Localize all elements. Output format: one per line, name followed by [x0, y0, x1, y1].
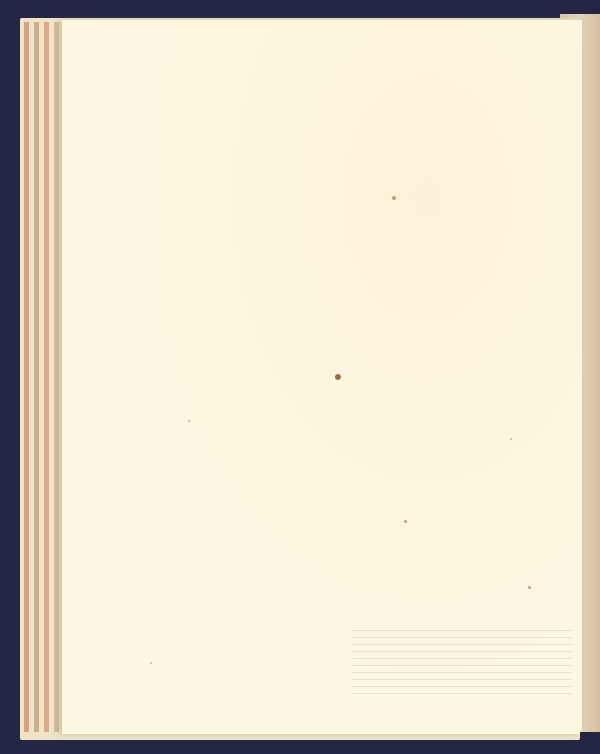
bleed-through-notes	[352, 630, 572, 695]
page-edge-stain	[24, 22, 29, 732]
blank-page	[62, 20, 582, 734]
page-edge-stain	[34, 22, 39, 732]
foxing-spot	[335, 374, 341, 380]
foxing-spot	[188, 420, 190, 422]
page-edge-stain	[54, 22, 59, 732]
page-edge-stain	[44, 22, 49, 732]
foxing-spot	[404, 520, 407, 523]
foxing-spot	[510, 438, 512, 440]
foxing-spot	[150, 662, 152, 664]
foxing-spot	[392, 196, 396, 200]
foxing-spot	[528, 586, 531, 589]
